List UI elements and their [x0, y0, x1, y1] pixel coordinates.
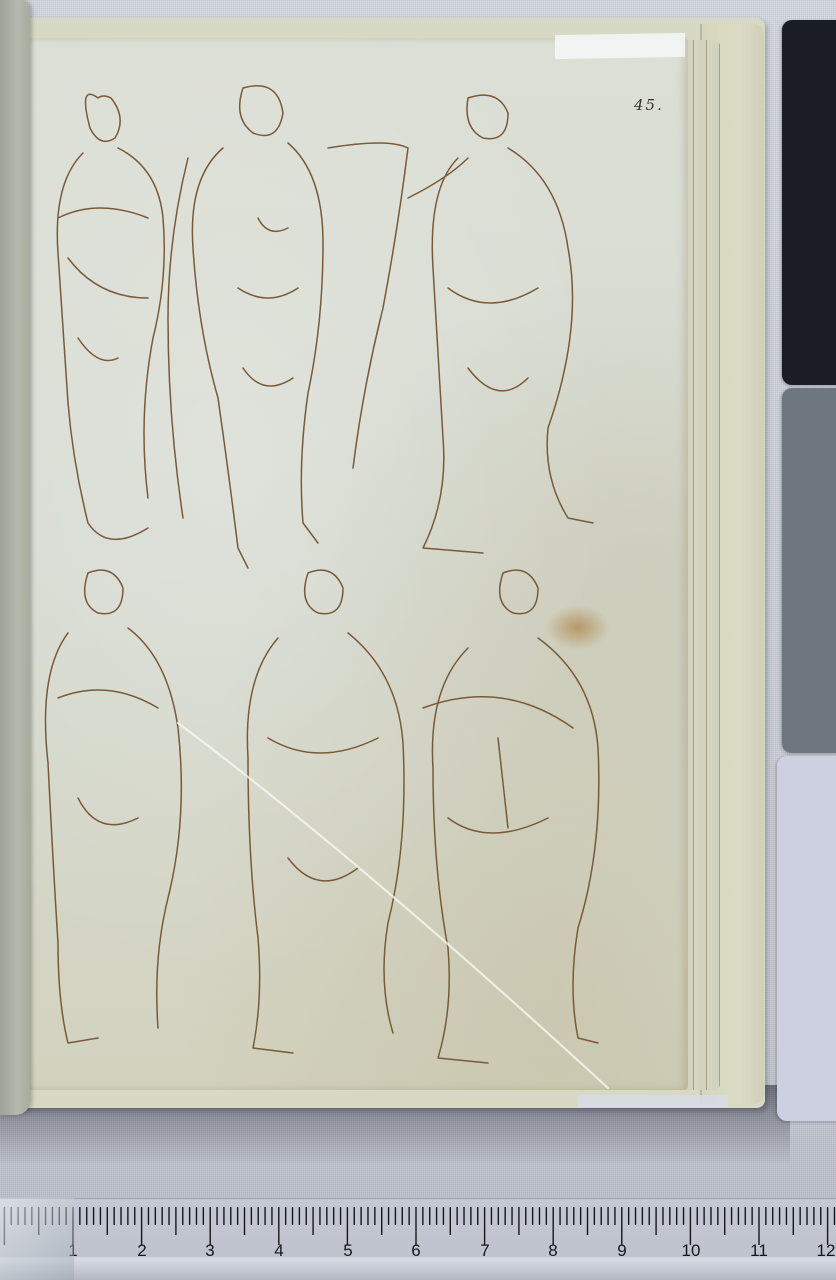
- ruler-label: 8: [548, 1241, 557, 1261]
- ruler-label: 4: [274, 1241, 283, 1261]
- ruler-label: 5: [343, 1241, 352, 1261]
- color-card-white: [777, 756, 836, 1121]
- ruler-label: 7: [480, 1241, 489, 1261]
- conservation-tape-bottom: [578, 1095, 728, 1107]
- figure-r2-center: [247, 570, 404, 1053]
- ruler-label: 11: [750, 1241, 768, 1261]
- figure-r2-right: [423, 570, 599, 1063]
- ruler-label: 9: [617, 1241, 626, 1261]
- figure-sketches: [28, 38, 688, 1090]
- folio-number: 45.: [634, 96, 664, 114]
- centimeter-ruler: 1 2 3 4 5 6 7 8 9 10 11 12: [0, 1198, 836, 1280]
- figure-r1-right: [408, 95, 593, 553]
- color-card-gray: [782, 388, 836, 753]
- figure-r1-left: [57, 94, 164, 539]
- ruler-label: 12: [817, 1241, 836, 1261]
- conservation-tape-top: [555, 33, 685, 59]
- figure-r1-center: [168, 86, 408, 568]
- figure-r2-left: [46, 570, 182, 1043]
- ruler-label: 2: [137, 1241, 146, 1261]
- ruler-label: 10: [682, 1241, 701, 1261]
- ruler-label: 3: [205, 1241, 214, 1261]
- ruler-label: 6: [411, 1241, 420, 1261]
- color-card-black: [782, 20, 836, 385]
- book-spine: [0, 0, 30, 1115]
- ruler-clamp: [0, 1198, 74, 1280]
